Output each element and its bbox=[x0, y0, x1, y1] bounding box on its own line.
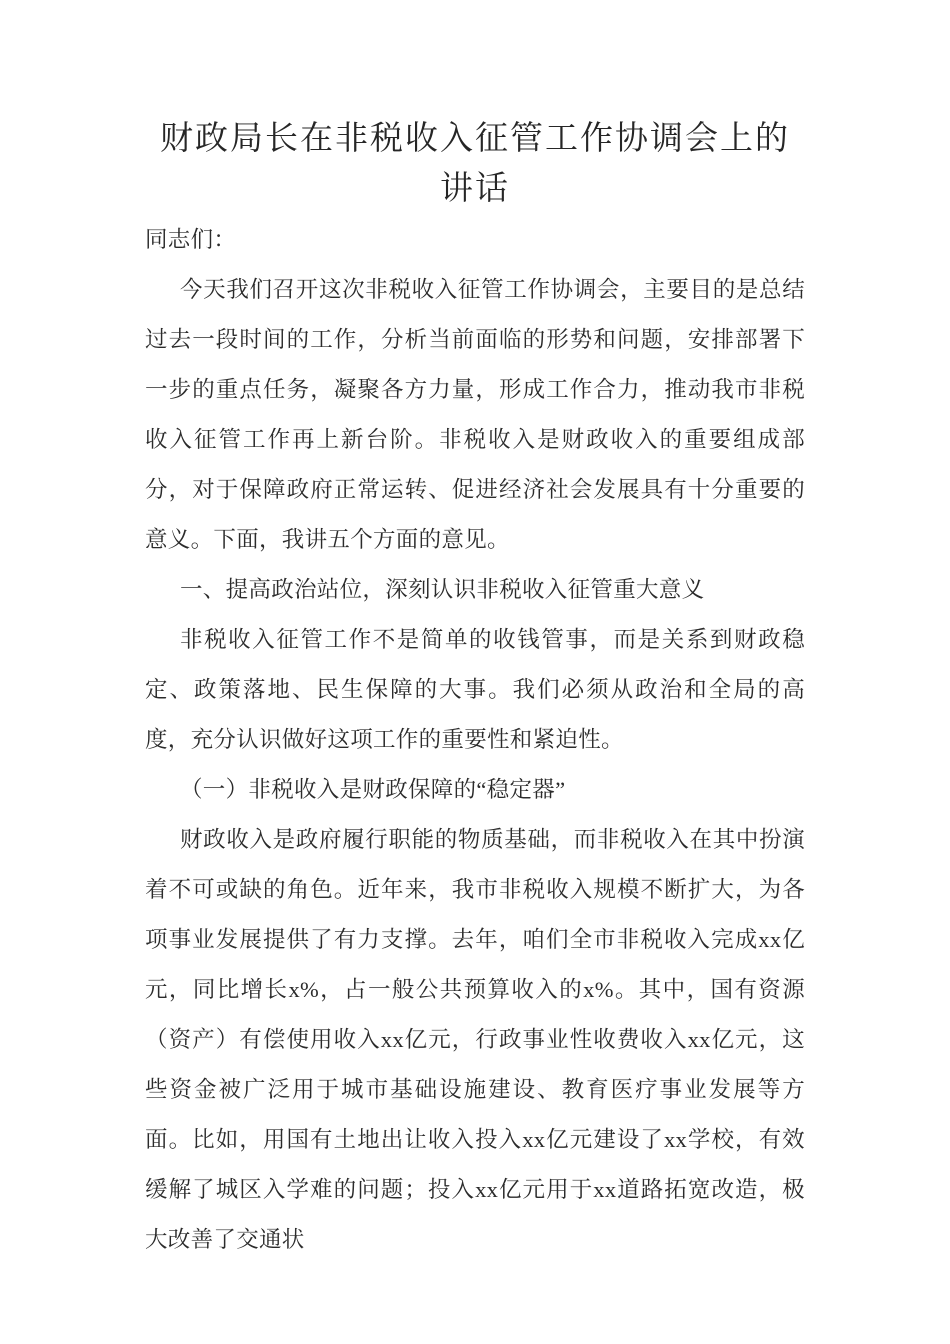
document-title: 财政局长在非税收入征管工作协调会上的讲话 bbox=[145, 114, 805, 214]
document-content: 财政局长在非税收入征管工作协调会上的讲话 同志们： 今天我们召开这次非税收入征管… bbox=[145, 0, 805, 1265]
paragraph-opening: 今天我们召开这次非税收入征管工作协调会，主要目的是总结过去一段时间的工作，分析当… bbox=[145, 265, 805, 565]
salutation: 同志们： bbox=[145, 215, 805, 265]
document-page: 财政局长在非税收入征管工作协调会上的讲话 同志们： 今天我们召开这次非税收入征管… bbox=[0, 0, 950, 1344]
sub-heading-1-1: （一）非税收入是财政保障的“稳定器” bbox=[145, 765, 805, 815]
document-body: 同志们： 今天我们召开这次非税收入征管工作协调会，主要目的是总结过去一段时间的工… bbox=[145, 215, 805, 1265]
paragraph-section-1-intro: 非税收入征管工作不是简单的收钱管事，而是关系到财政稳定、政策落地、民生保障的大事… bbox=[145, 615, 805, 765]
paragraph-sub-1-1-body: 财政收入是政府履行职能的物质基础，而非税收入在其中扮演着不可或缺的角色。近年来，… bbox=[145, 815, 805, 1265]
section-heading-1: 一、提高政治站位，深刻认识非税收入征管重大意义 bbox=[145, 565, 805, 615]
